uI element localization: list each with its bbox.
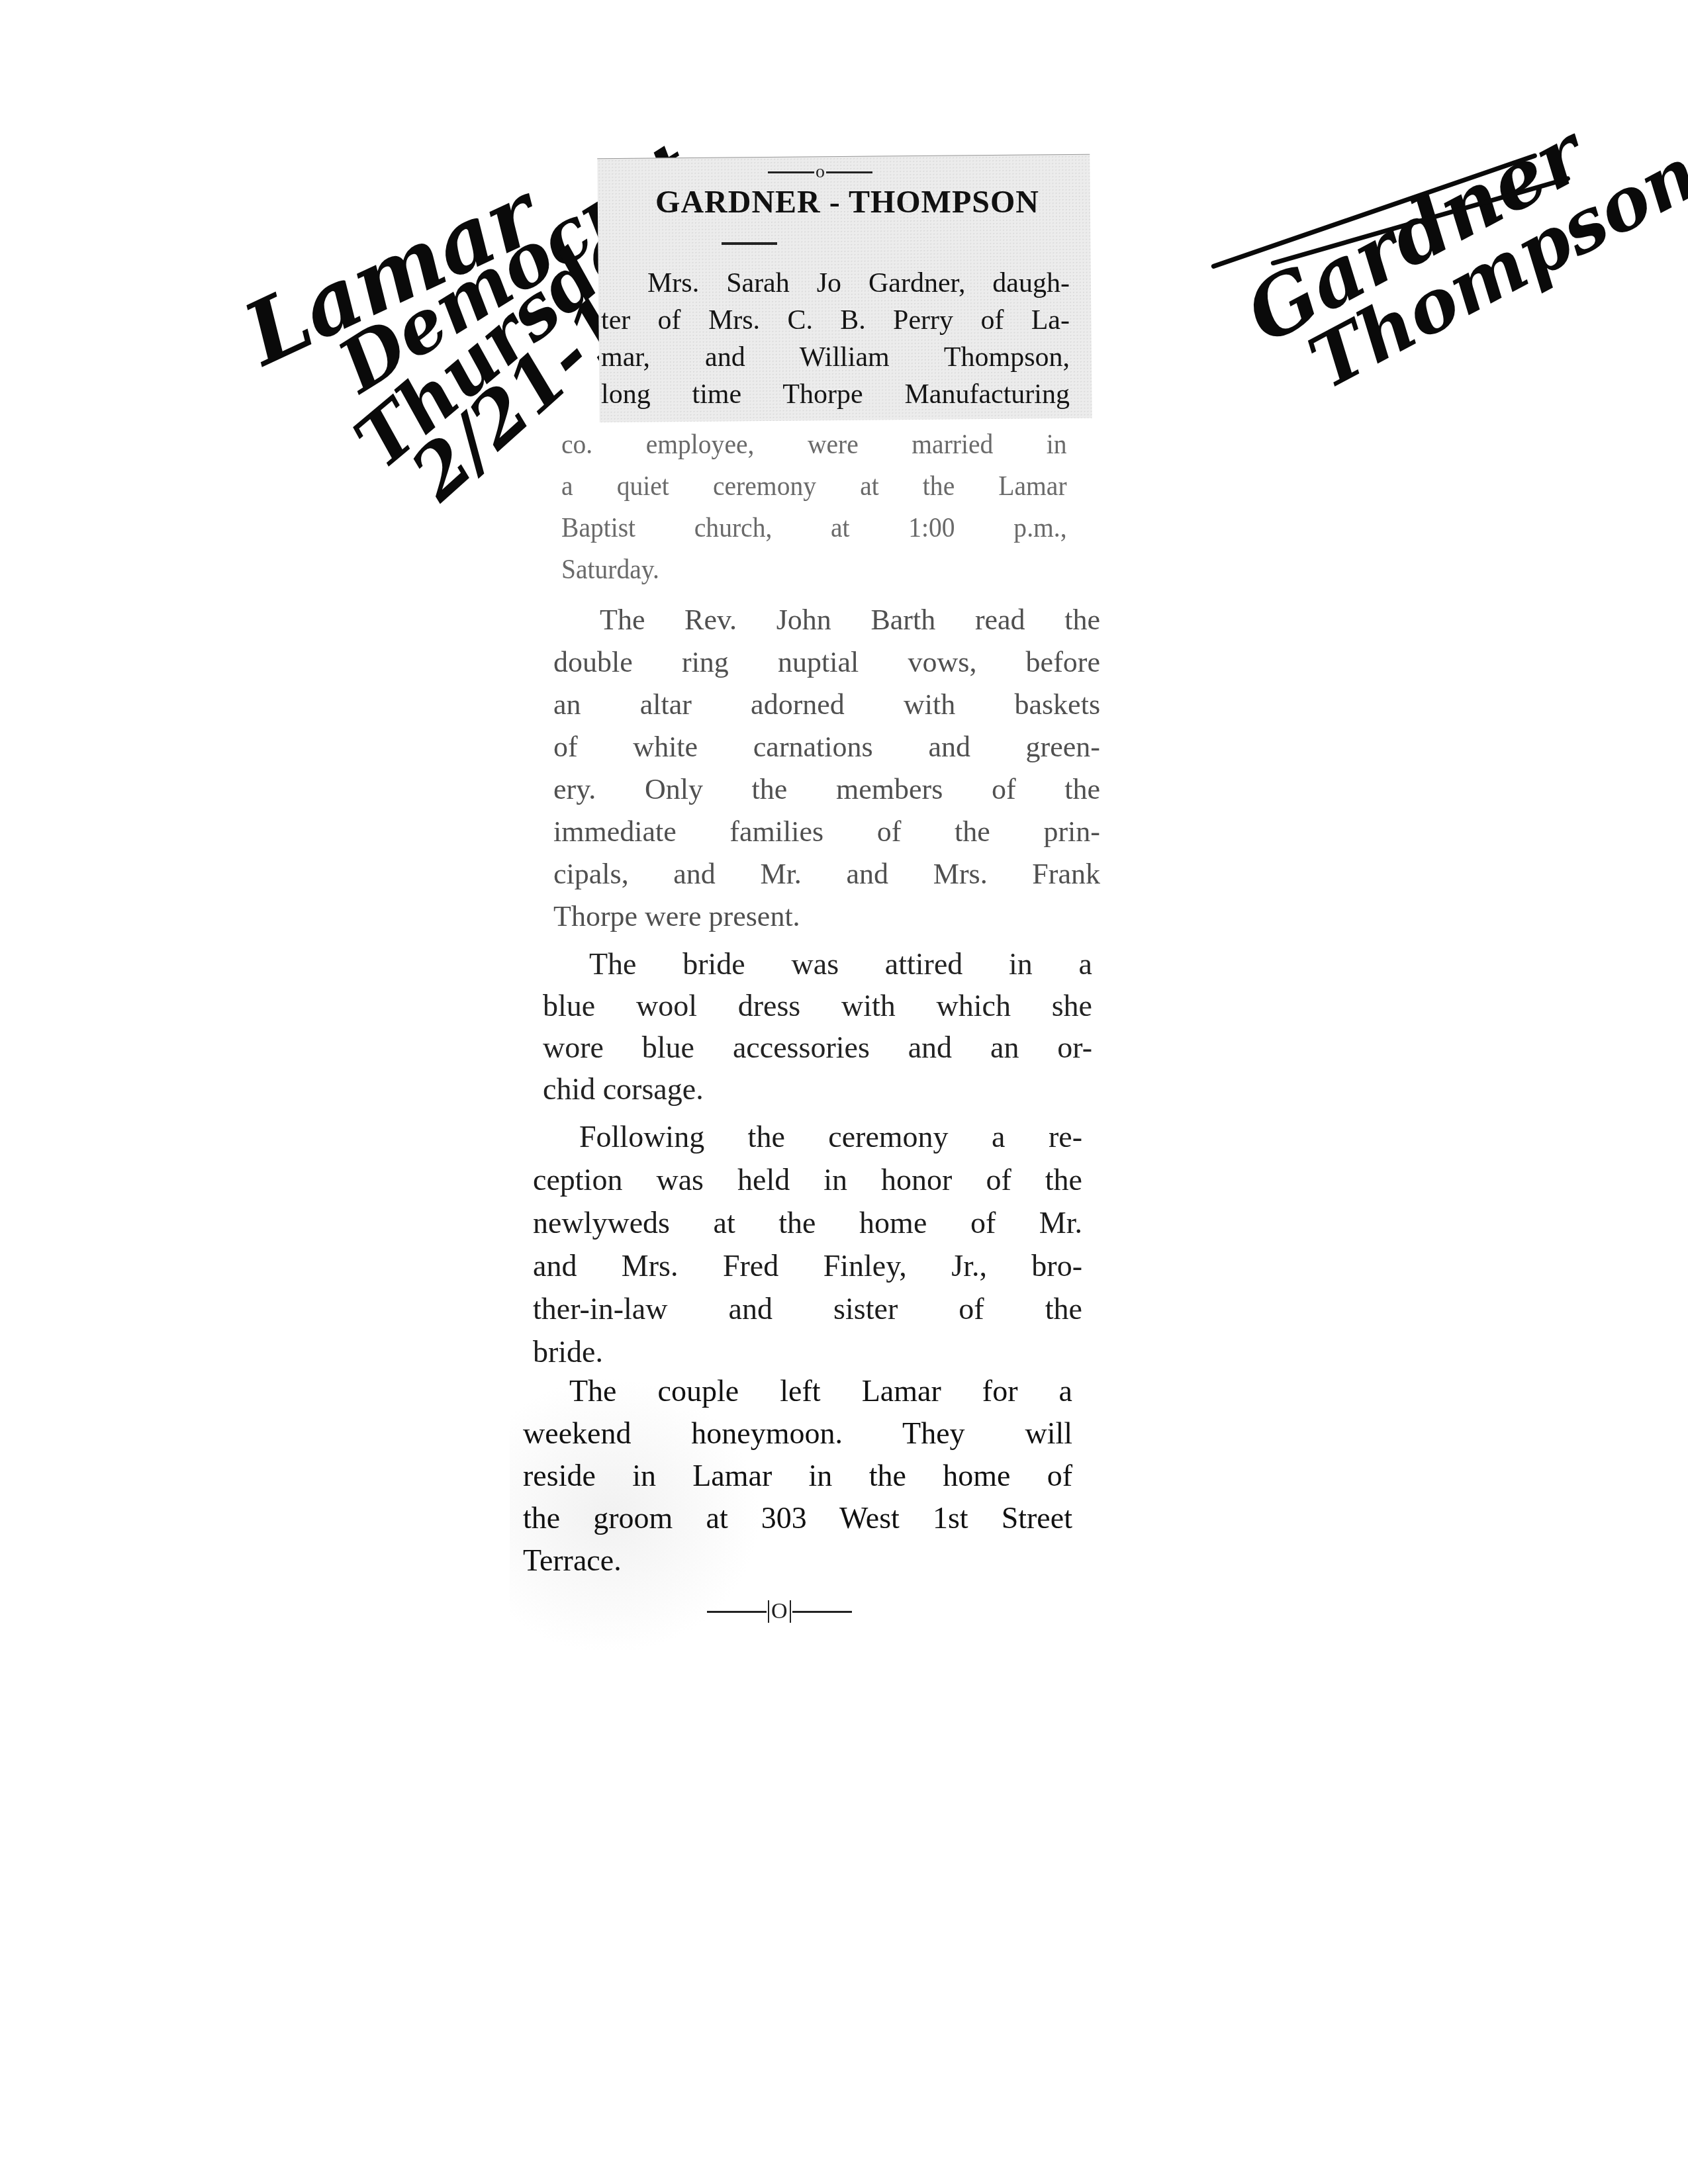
article-headline: GARDNER - THOMPSON <box>622 184 1072 220</box>
text-line: Terrace. <box>523 1539 1072 1582</box>
text-line: a quiet ceremony at the Lamar <box>561 465 1067 507</box>
text-line: the groom at 303 West 1st Street <box>523 1497 1072 1539</box>
ornament-rule <box>792 1611 852 1613</box>
text-line: Thorpe were present. <box>553 895 1100 938</box>
bottom-ornament-divider: O <box>707 1600 852 1623</box>
article-paragraph-attire: The bride was attired in a blue wool dre… <box>543 943 1092 1110</box>
ornament-rule <box>768 171 814 173</box>
text-line: an altar adorned with baskets <box>553 684 1100 726</box>
article-paragraph-ceremony: co. employee, were married in a quiet ce… <box>561 424 1067 590</box>
ornament-circle-icon: O <box>768 1600 791 1623</box>
article-paragraph-reception: Following the ceremony a re- ception was… <box>533 1115 1082 1373</box>
text-line: co. employee, were married in <box>561 424 1067 465</box>
text-line: long time Thorpe Manufacturing <box>601 376 1070 413</box>
text-line: of white carnations and green- <box>553 726 1100 768</box>
ornament-rule <box>826 171 872 173</box>
article-paragraph-honeymoon: The couple left Lamar for a weekend hone… <box>523 1370 1072 1582</box>
text-line: weekend honeymoon. They will <box>523 1412 1072 1455</box>
text-line: cipals, and Mr. and Mrs. Frank <box>553 853 1100 895</box>
text-line: Mrs. Sarah Jo Gardner, daugh- <box>601 265 1070 302</box>
text-line: reside in Lamar in the home of <box>523 1455 1072 1497</box>
text-line: Following the ceremony a re- <box>533 1115 1082 1158</box>
text-line: The couple left Lamar for a <box>523 1370 1072 1412</box>
text-line: The Rev. John Barth read the <box>553 599 1100 641</box>
text-line: ter of Mrs. C. B. Perry of La- <box>601 302 1070 339</box>
text-line: blue wool dress with which she <box>543 985 1092 1026</box>
text-line: Saturday. <box>561 549 1067 590</box>
ornament-rule <box>707 1611 767 1613</box>
text-line: double ring nuptial vows, before <box>553 641 1100 684</box>
text-line: bride. <box>533 1330 1082 1373</box>
text-line: chid corsage. <box>543 1068 1092 1110</box>
text-line: Baptist church, at 1:00 p.m., <box>561 507 1067 549</box>
ornament-circle-icon: o <box>816 163 825 181</box>
top-ornament-divider: o <box>768 163 872 181</box>
handwritten-surname-note: Gardner Thompson <box>1198 113 1688 304</box>
article-paragraph-intro: Mrs. Sarah Jo Gardner, daugh- ter of Mrs… <box>601 265 1070 413</box>
headline-rule <box>722 242 777 245</box>
text-line: and Mrs. Fred Finley, Jr., bro- <box>533 1244 1082 1287</box>
article-paragraph-officiant: The Rev. John Barth read the double ring… <box>553 599 1100 938</box>
text-line: mar, and William Thompson, <box>601 339 1070 376</box>
text-line: ception was held in honor of the <box>533 1158 1082 1201</box>
text-line: immediate families of the prin- <box>553 811 1100 853</box>
text-line: wore blue accessories and an or- <box>543 1026 1092 1068</box>
text-line: ther-in-law and sister of the <box>533 1287 1082 1330</box>
text-line: ery. Only the members of the <box>553 768 1100 811</box>
text-line: The bride was attired in a <box>543 943 1092 985</box>
text-line: newlyweds at the home of Mr. <box>533 1201 1082 1244</box>
